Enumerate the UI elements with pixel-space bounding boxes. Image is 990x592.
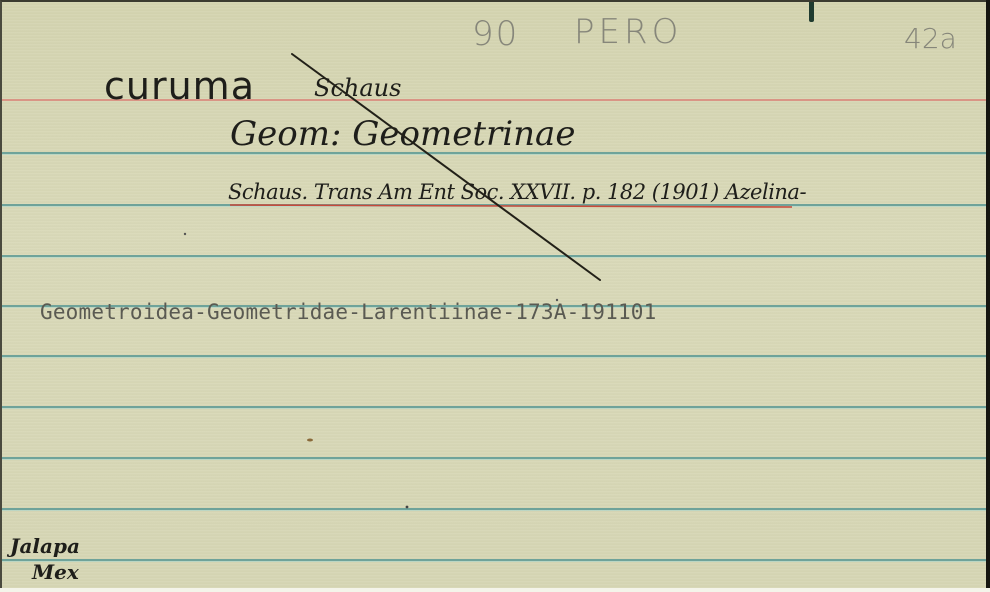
card-edge-right [986,0,990,592]
red-underline [230,205,792,207]
card-edge-bottom [0,588,990,592]
speck [406,506,409,509]
speck [307,439,313,442]
speck [556,299,558,301]
index-card: 90 PERO 42a curuma Schaus Geom: Geometri… [0,0,986,590]
strike-through-line [292,54,600,280]
annotation-marks [2,2,988,592]
speck [184,233,186,235]
